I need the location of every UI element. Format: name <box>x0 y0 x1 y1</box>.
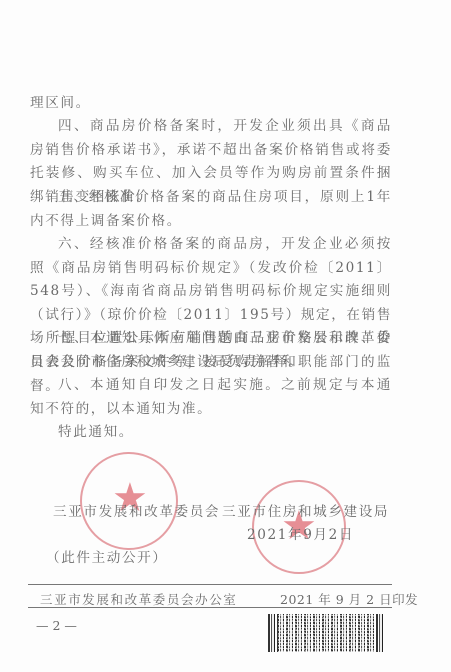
signature-date: 2021年9月2日 <box>247 523 354 543</box>
footer-issuer: 三亚市发展和改革委员会办公室 <box>40 590 237 608</box>
paragraph-8: 八、本通知自印发之日起实施。之前规定与本通知不符的，以本通知为准。 <box>30 374 392 421</box>
footer-rule-top <box>28 584 392 585</box>
paragraph-continuation: 理区间。 <box>30 92 392 116</box>
signature-right-org: 三亚市住房和城乡建设局 <box>222 500 389 520</box>
footer-issue-date: 2021 年 9 月 2 日印发 <box>280 590 418 608</box>
document-barcode <box>268 614 384 652</box>
paragraph-5: 五、经核准价格备案的商品住房项目，原则上1年内不得上调备案价格。 <box>30 186 392 233</box>
disclosure-note: （此件主动公开） <box>46 546 168 566</box>
paragraph-7: 七、本通知具体应用问题由三亚市发展和改革委员会会同市住房和城乡建设局负责解释。 <box>30 327 392 374</box>
document-page: 理区间。 四、商品房价格备案时，开发企业须出具《商品房销售价格承诺书》，承诺不超… <box>0 0 451 672</box>
signature-left-org: 三亚市发展和改革委员会 <box>53 500 220 520</box>
page-number: — 2 — <box>36 618 77 633</box>
closing-remark: 特此通知。 <box>30 421 392 445</box>
footer-rule-bottom <box>28 607 392 608</box>
